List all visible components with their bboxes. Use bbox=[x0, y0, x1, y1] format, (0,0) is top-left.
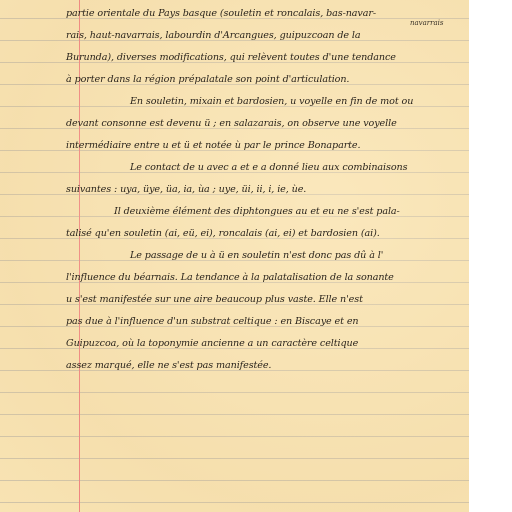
text-line-5: En souletin, mixain et bardosien, u voye… bbox=[66, 91, 464, 113]
text-line-16: Guipuzcoa, où la toponymie ancienne a un… bbox=[66, 333, 464, 355]
manuscript-text: partie orientale du Pays basque (souleti… bbox=[66, 3, 464, 377]
text-line-17: assez marqué, elle ne s'est pas manifest… bbox=[66, 355, 464, 377]
text-line-6: devant consonne est devenu ü ; en salaza… bbox=[66, 113, 464, 135]
text-line-13: l'influence du béarnais. La tendance à l… bbox=[66, 267, 464, 289]
text-line-15: pas due à l'influence d'un substrat celt… bbox=[66, 311, 464, 333]
text-line-11: talisé qu'en souletin (ai, eü, ei), ronc… bbox=[66, 223, 464, 245]
text-line-7: intermédiaire entre u et ü et notée ù pa… bbox=[66, 135, 464, 157]
text-line-12: Le passage de u à ü en souletin n'est do… bbox=[66, 245, 464, 267]
text-line-10: Il deuxième élément des diphtongues au e… bbox=[66, 201, 464, 223]
text-line-9: suivantes : uya, üye, üa, ia, ùa ; uye, … bbox=[66, 179, 464, 201]
interlinear-insertion: navarrais bbox=[410, 19, 444, 27]
text-line-1: partie orientale du Pays basque (souleti… bbox=[66, 3, 464, 25]
text-line-14: u s'est manifestée sur une aire beaucoup… bbox=[66, 289, 464, 311]
manuscript-page: navarrais partie orientale du Pays basqu… bbox=[0, 0, 469, 512]
text-line-8: Le contact de u avec a et e a donné lieu… bbox=[66, 157, 464, 179]
text-line-3: Burunda), diverses modifications, qui re… bbox=[66, 47, 464, 69]
text-line-2: rais, haut-navarrais, labourdin d'Arcang… bbox=[66, 25, 464, 47]
text-line-4: à porter dans la région prépalatale son … bbox=[66, 69, 464, 91]
